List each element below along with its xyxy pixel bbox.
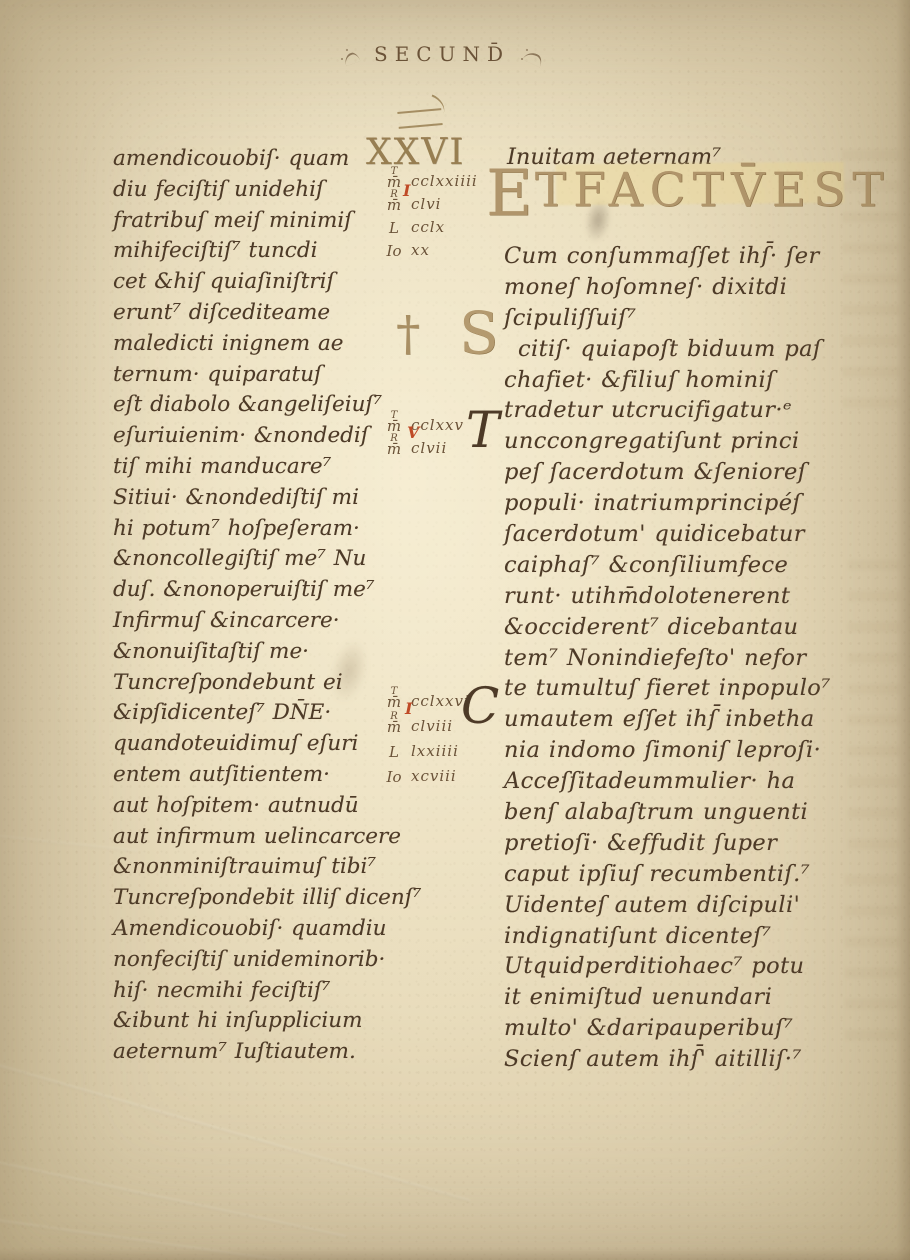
text-line: aut infirmum uelincarcere [113,824,413,855]
left-text-column: amendicouobiſ· quamdiu feciſtiſ unidehiſ… [113,146,413,1070]
text-line: tiſ mihi manducare⁷ [113,454,413,485]
text-line: amendicouobiſ· quam [113,146,413,177]
right-text-column: Cum conſummaſſet ihſ̄· ſermoneſ hoſomneſ… [504,243,896,1077]
chapter-flourish-ornament [397,108,442,129]
text-line: erunt⁷ diſcediteame [113,300,413,331]
text-line: nonfeciſtiſ unideminorib· [113,947,413,978]
text-line: diu feciſtiſ unidehiſ [113,177,413,208]
text-line: chafiet· &filiuſ hominiſ [504,367,896,398]
text-line: Uidenteſ autem diſcipuli' [504,892,896,923]
text-line: ſacerdotum' quidicebatur [504,521,896,552]
text-line: Tuncreſpondebit illiſ dicenſ⁷ [113,885,413,916]
text-line: Infirmuſ &incarcere· [113,608,413,639]
page-edge-shadow [0,1248,910,1260]
section-number: cclxxiiii [411,174,478,189]
manuscript-page: SECUND̄ XXVI I T m̄ cclxxiiii R m̄ clvi [0,0,910,1260]
text-line: tradetur utcrucifigatur·ᵉ [504,397,896,428]
text-line: Cum conſummaſſet ihſ̄· ſer [504,243,896,274]
text-line: maledicti inignem ae [113,331,413,362]
text-line: caiphaſ⁷ &conſiliumfece [504,552,896,583]
incipit-text: TFACTV̄EST [535,165,891,217]
text-line: ternum· quiparatuſ [113,362,413,393]
text-line: umautem eſſet ihſ̄ inbetha [504,706,896,737]
text-line: it enimiſtud uenundari [504,984,896,1015]
incipit-initial-e: E [486,162,533,226]
text-line: quandoteuidimuſ eſuri [113,731,413,762]
pen-flourish-left-icon [340,46,364,62]
text-line: tem⁷ Nonindiefeſto' nefor [504,645,896,676]
initial-t: T [466,405,499,455]
text-line: ſcipuliſſuiſ⁷ [504,305,896,336]
text-line: entem autſitientem· [113,762,413,793]
text-line: cet &hiſ quiaſiniſtriſ [113,269,413,300]
text-line: Sitiui· &nondediſtiſ mi [113,485,413,516]
text-line: caput ipſiuſ recumbentiſ.⁷ [504,861,896,892]
section-number: xx [411,243,430,258]
text-line: eſt diabolo &angeliſeiuſ⁷ [113,392,413,423]
text-line: mihifeciſtiſ⁷ tuncdi [113,238,413,269]
text-line: Scienſ autem ihſ̄' aitilliſ·⁷ [504,1046,896,1077]
section-number: lxxiiii [411,744,459,759]
text-line: nia indomo ſimoniſ leproſi· [504,737,896,768]
parchment-crease [0,1056,470,1202]
text-line: duſ. &nonoperuiſtiſ me⁷ [113,577,413,608]
initial-c: C [461,681,499,731]
pen-flourish-right-icon [520,46,544,62]
text-line: multo' &daripauperibuſ⁷ [504,1015,896,1046]
section-number: clvii [411,441,447,456]
text-line: unccongregatiſunt princi [504,428,896,459]
initial-s: S [459,299,499,367]
text-line: aut hoſpitem· autnudū [113,793,413,824]
running-title: SECUND̄ [340,42,544,66]
text-line: eſuriuienim· &nondediſ [113,423,413,454]
page-edge-shadow [896,0,910,1260]
text-line: Utquidperditiohaec⁷ potu [504,953,896,984]
text-line: hi potum⁷ hoſpeſeram· [113,516,413,547]
text-line: aeternum⁷ Iuſtiautem. [113,1039,413,1070]
section-number: xcviii [411,769,457,784]
text-line: populi· inatriumprincipéſ [504,490,896,521]
text-line: moneſ hoſomneſ· dixitdi [504,274,896,305]
text-line: Acceſſitadeummulier· ha [504,768,896,799]
text-line: Tuncreſpondebunt ei [113,670,413,701]
text-line: te tumultuſ fieret inpopulo⁷ [504,675,896,706]
text-line: &ibunt hi inſupplicium [113,1008,413,1039]
text-line: pretioſi· &effudit ſuper [504,830,896,861]
running-title-text: SECUND̄ [374,42,510,66]
text-line: &ipſidicenteſ⁷ DN̄E· [113,700,413,731]
text-line: runt· utihm̄dolotenerent [504,583,896,614]
text-line: indignatiſunt dicenteſ⁷ [504,923,896,954]
text-line: &noncollegiſtiſ me⁷ Nu [113,546,413,577]
text-line: Amendicouobiſ· quamdiu [113,916,413,947]
text-line: hiſ· necmihi feciſtiſ⁷ [113,978,413,1009]
text-line: citiſ· quiapoſt biduum paſ [504,336,896,367]
incipit-display: E TFACTV̄EST [486,162,891,226]
section-number: clvi [411,197,441,212]
section-number: cclx [411,220,445,235]
section-number: clviii [411,719,453,734]
text-line: &nonminiſtrauimuſ tibi⁷ [113,854,413,885]
text-line: benſ alabaſtrum unguenti [504,799,896,830]
text-line: &occiderent⁷ dicebantau [504,614,896,645]
text-line: &nonuiſitaſtiſ me· [113,639,413,670]
text-line: fratribuſ meiſ minimiſ [113,208,413,239]
text-line: peſ ſacerdotum &ſenioreſ [504,459,896,490]
